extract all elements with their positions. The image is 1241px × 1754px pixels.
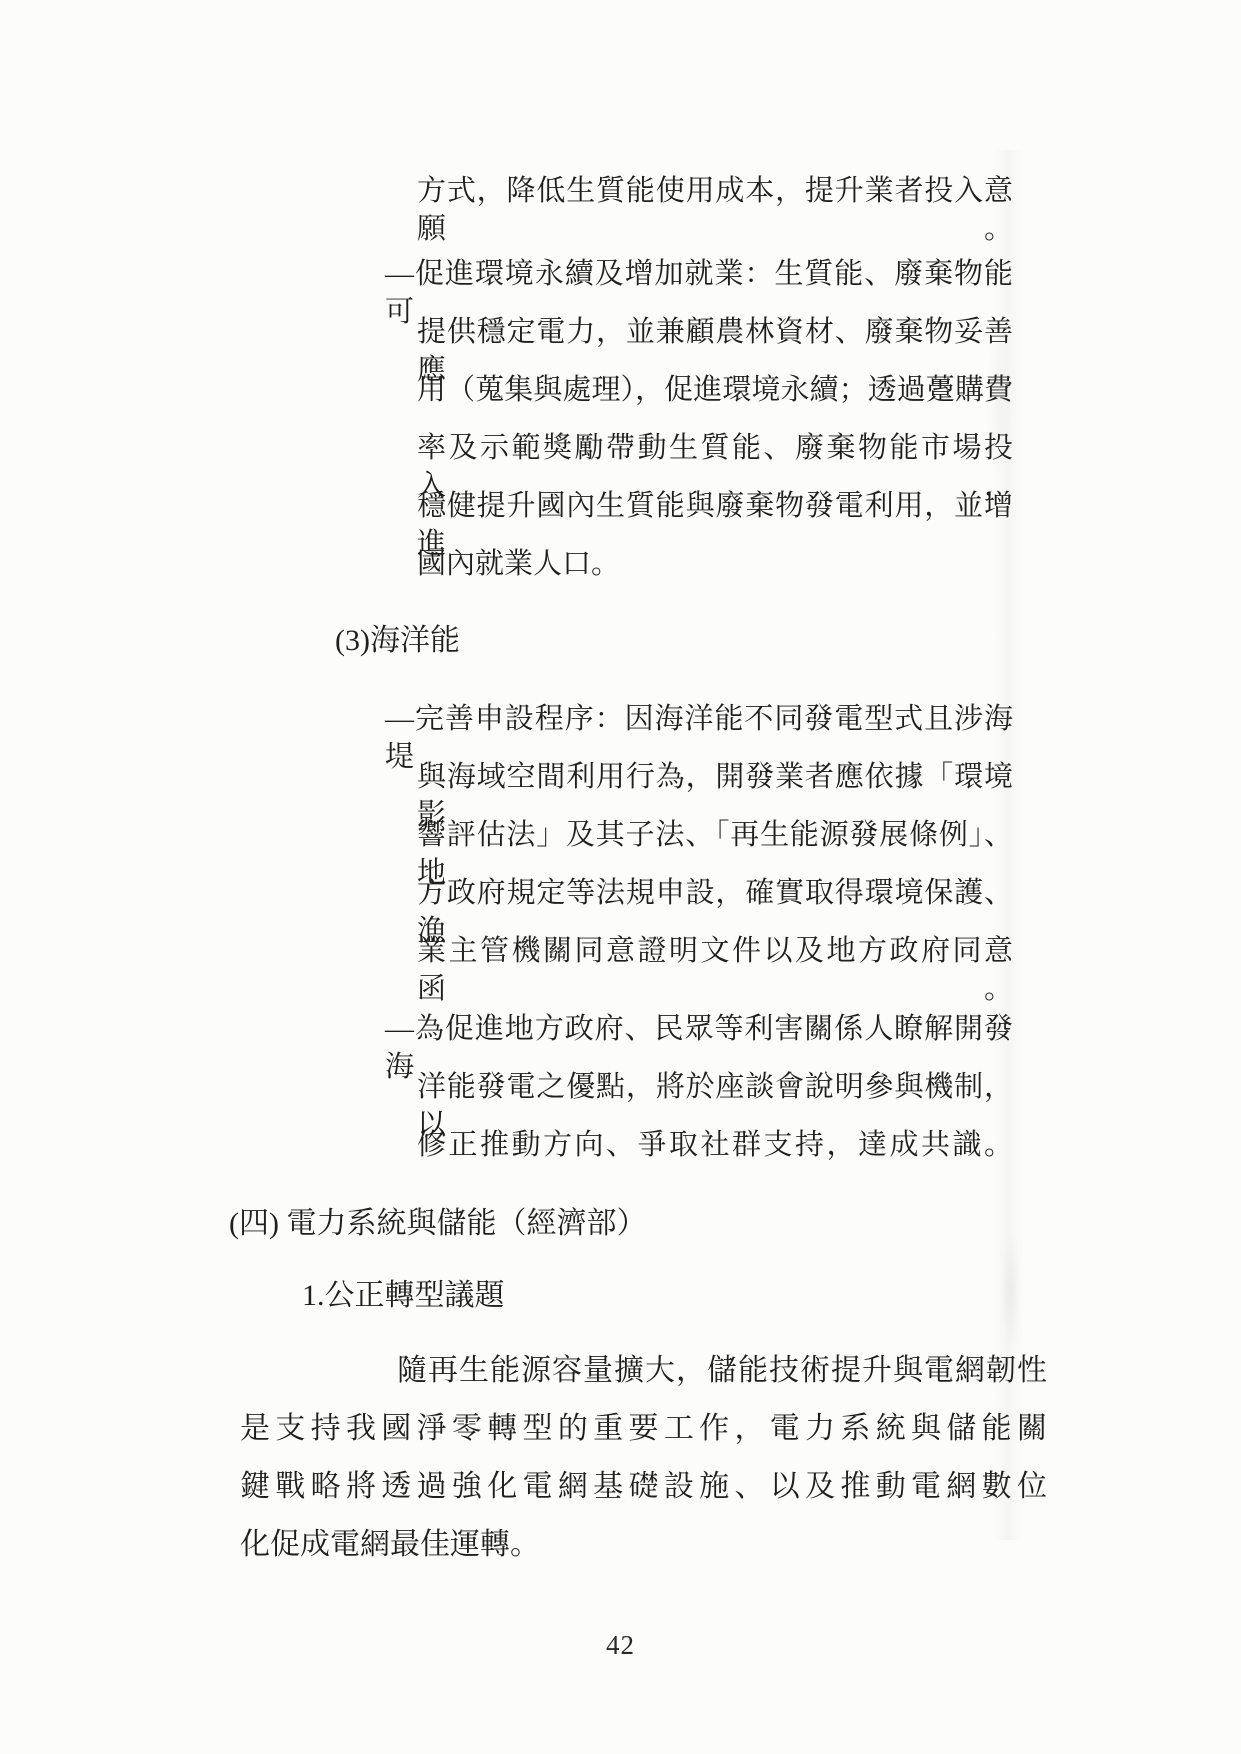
list-item-line: 國內就業人口。 bbox=[417, 545, 620, 583]
section-heading-ocean-energy: (3)海洋能 bbox=[335, 622, 460, 660]
document-page: 方式，降低生質能使用成本，提升業者投入意願。 —促進環境永續及增加就業：生質能、… bbox=[0, 0, 1241, 1754]
paragraph-line: 是支持我國淨零轉型的重要工作，電力系統與儲能關 bbox=[240, 1410, 1047, 1448]
paragraph-line: 隨再生能源容量擴大，儲能技術提升與電網韌性 bbox=[397, 1352, 1047, 1390]
page-number: 42 bbox=[0, 1630, 1241, 1661]
paragraph-line: 鍵戰略將透過強化電網基礎設施、以及推動電網數位 bbox=[240, 1468, 1047, 1506]
list-item-line: 業主管機關同意證明文件以及地方政府同意函。 bbox=[417, 932, 1013, 1008]
section-heading-power-system: (四) 電力系統與儲能（經濟部） bbox=[229, 1205, 646, 1243]
list-item-line: 修正推動方向、爭取社群支持，達成共識。 bbox=[417, 1126, 1013, 1164]
list-item-line: 用（蒐集與處理），促進環境永續；透過躉購費 bbox=[417, 371, 1013, 409]
scan-artifact bbox=[1000, 1230, 1022, 1350]
paragraph-line: 方式，降低生質能使用成本，提升業者投入意願。 bbox=[417, 172, 1013, 248]
subsection-heading-just-transition: 1.公正轉型議題 bbox=[302, 1277, 505, 1315]
paragraph-line: 化促成電網最佳運轉。 bbox=[240, 1526, 540, 1564]
